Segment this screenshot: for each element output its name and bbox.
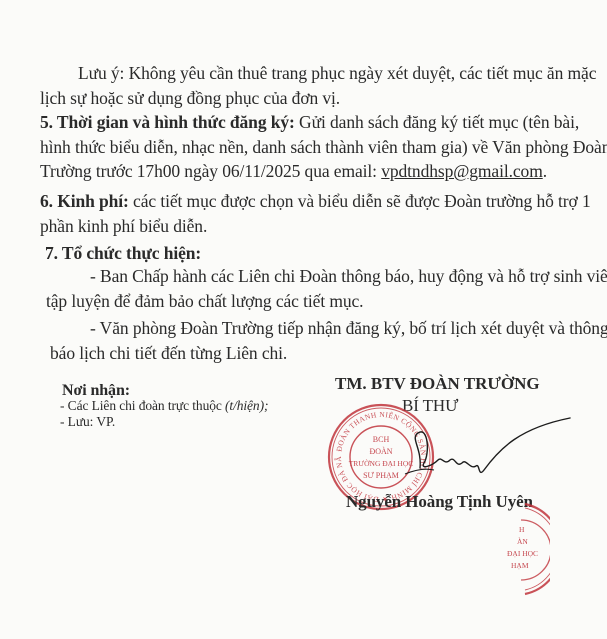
handwritten-signature [400, 408, 580, 488]
svg-text:H: H [519, 525, 525, 534]
section-7-item-1-line-1: - Ban Chấp hành các Liên chi Đoàn thông … [90, 266, 607, 286]
svg-text:ÀN: ÀN [517, 536, 528, 546]
section-7-item-2-line-2: báo lịch chi tiết đến từng Liên chi. [50, 343, 287, 363]
recipient-item-2: - Lưu: VP. [60, 414, 115, 430]
svg-text:SƯ PHẠM: SƯ PHẠM [363, 471, 399, 480]
svg-text:BCH: BCH [373, 435, 390, 444]
section-5-line-3: Trường trước 17h00 ngày 06/11/2025 qua e… [40, 161, 547, 181]
section-7-item-2-line-1: - Văn phòng Đoàn Trường tiếp nhận đăng k… [90, 318, 607, 338]
email-link[interactable]: vpdtndhsp@gmail.com [381, 161, 543, 181]
section-5-line-1: 5. Thời gian và hình thức đăng ký: Gửi d… [40, 112, 579, 132]
note-line-2: lịch sự hoặc sử dụng đồng phục của đơn v… [40, 88, 340, 108]
svg-text:HẠM: HẠM [511, 561, 529, 570]
svg-text:ĐẠI HỌC: ĐẠI HỌC [507, 549, 538, 558]
recipient-item-1: - Các Liên chi đoàn trực thuộc (t/hiện); [60, 398, 268, 414]
note-line-1: Lưu ý: Không yêu cần thuê trang phục ngà… [78, 63, 596, 83]
section-5-heading: 5. Thời gian và hình thức đăng ký: [40, 112, 295, 132]
signature-title: TM. BTV ĐOÀN TRƯỜNG [335, 374, 540, 394]
document-page: Lưu ý: Không yêu cần thuê trang phục ngà… [0, 0, 607, 639]
section-7-item-1-line-2: tập luyện để đảm bảo chất lượng các tiết… [46, 291, 363, 311]
section-6-heading: 6. Kinh phí: [40, 191, 129, 211]
partial-stamp: H ÀN ĐẠI HỌC HẠM [500, 498, 550, 598]
svg-text:ĐOÀN: ĐOÀN [369, 446, 392, 456]
section-6-line-1: 6. Kinh phí: các tiết mục được chọn và b… [40, 191, 591, 211]
section-6-line-2: phần kinh phí biểu diễn. [40, 216, 207, 236]
section-7-heading: 7. Tổ chức thực hiện: [45, 243, 201, 263]
section-5-line-2: hình thức biểu diễn, nhạc nền, danh sách… [40, 137, 607, 157]
